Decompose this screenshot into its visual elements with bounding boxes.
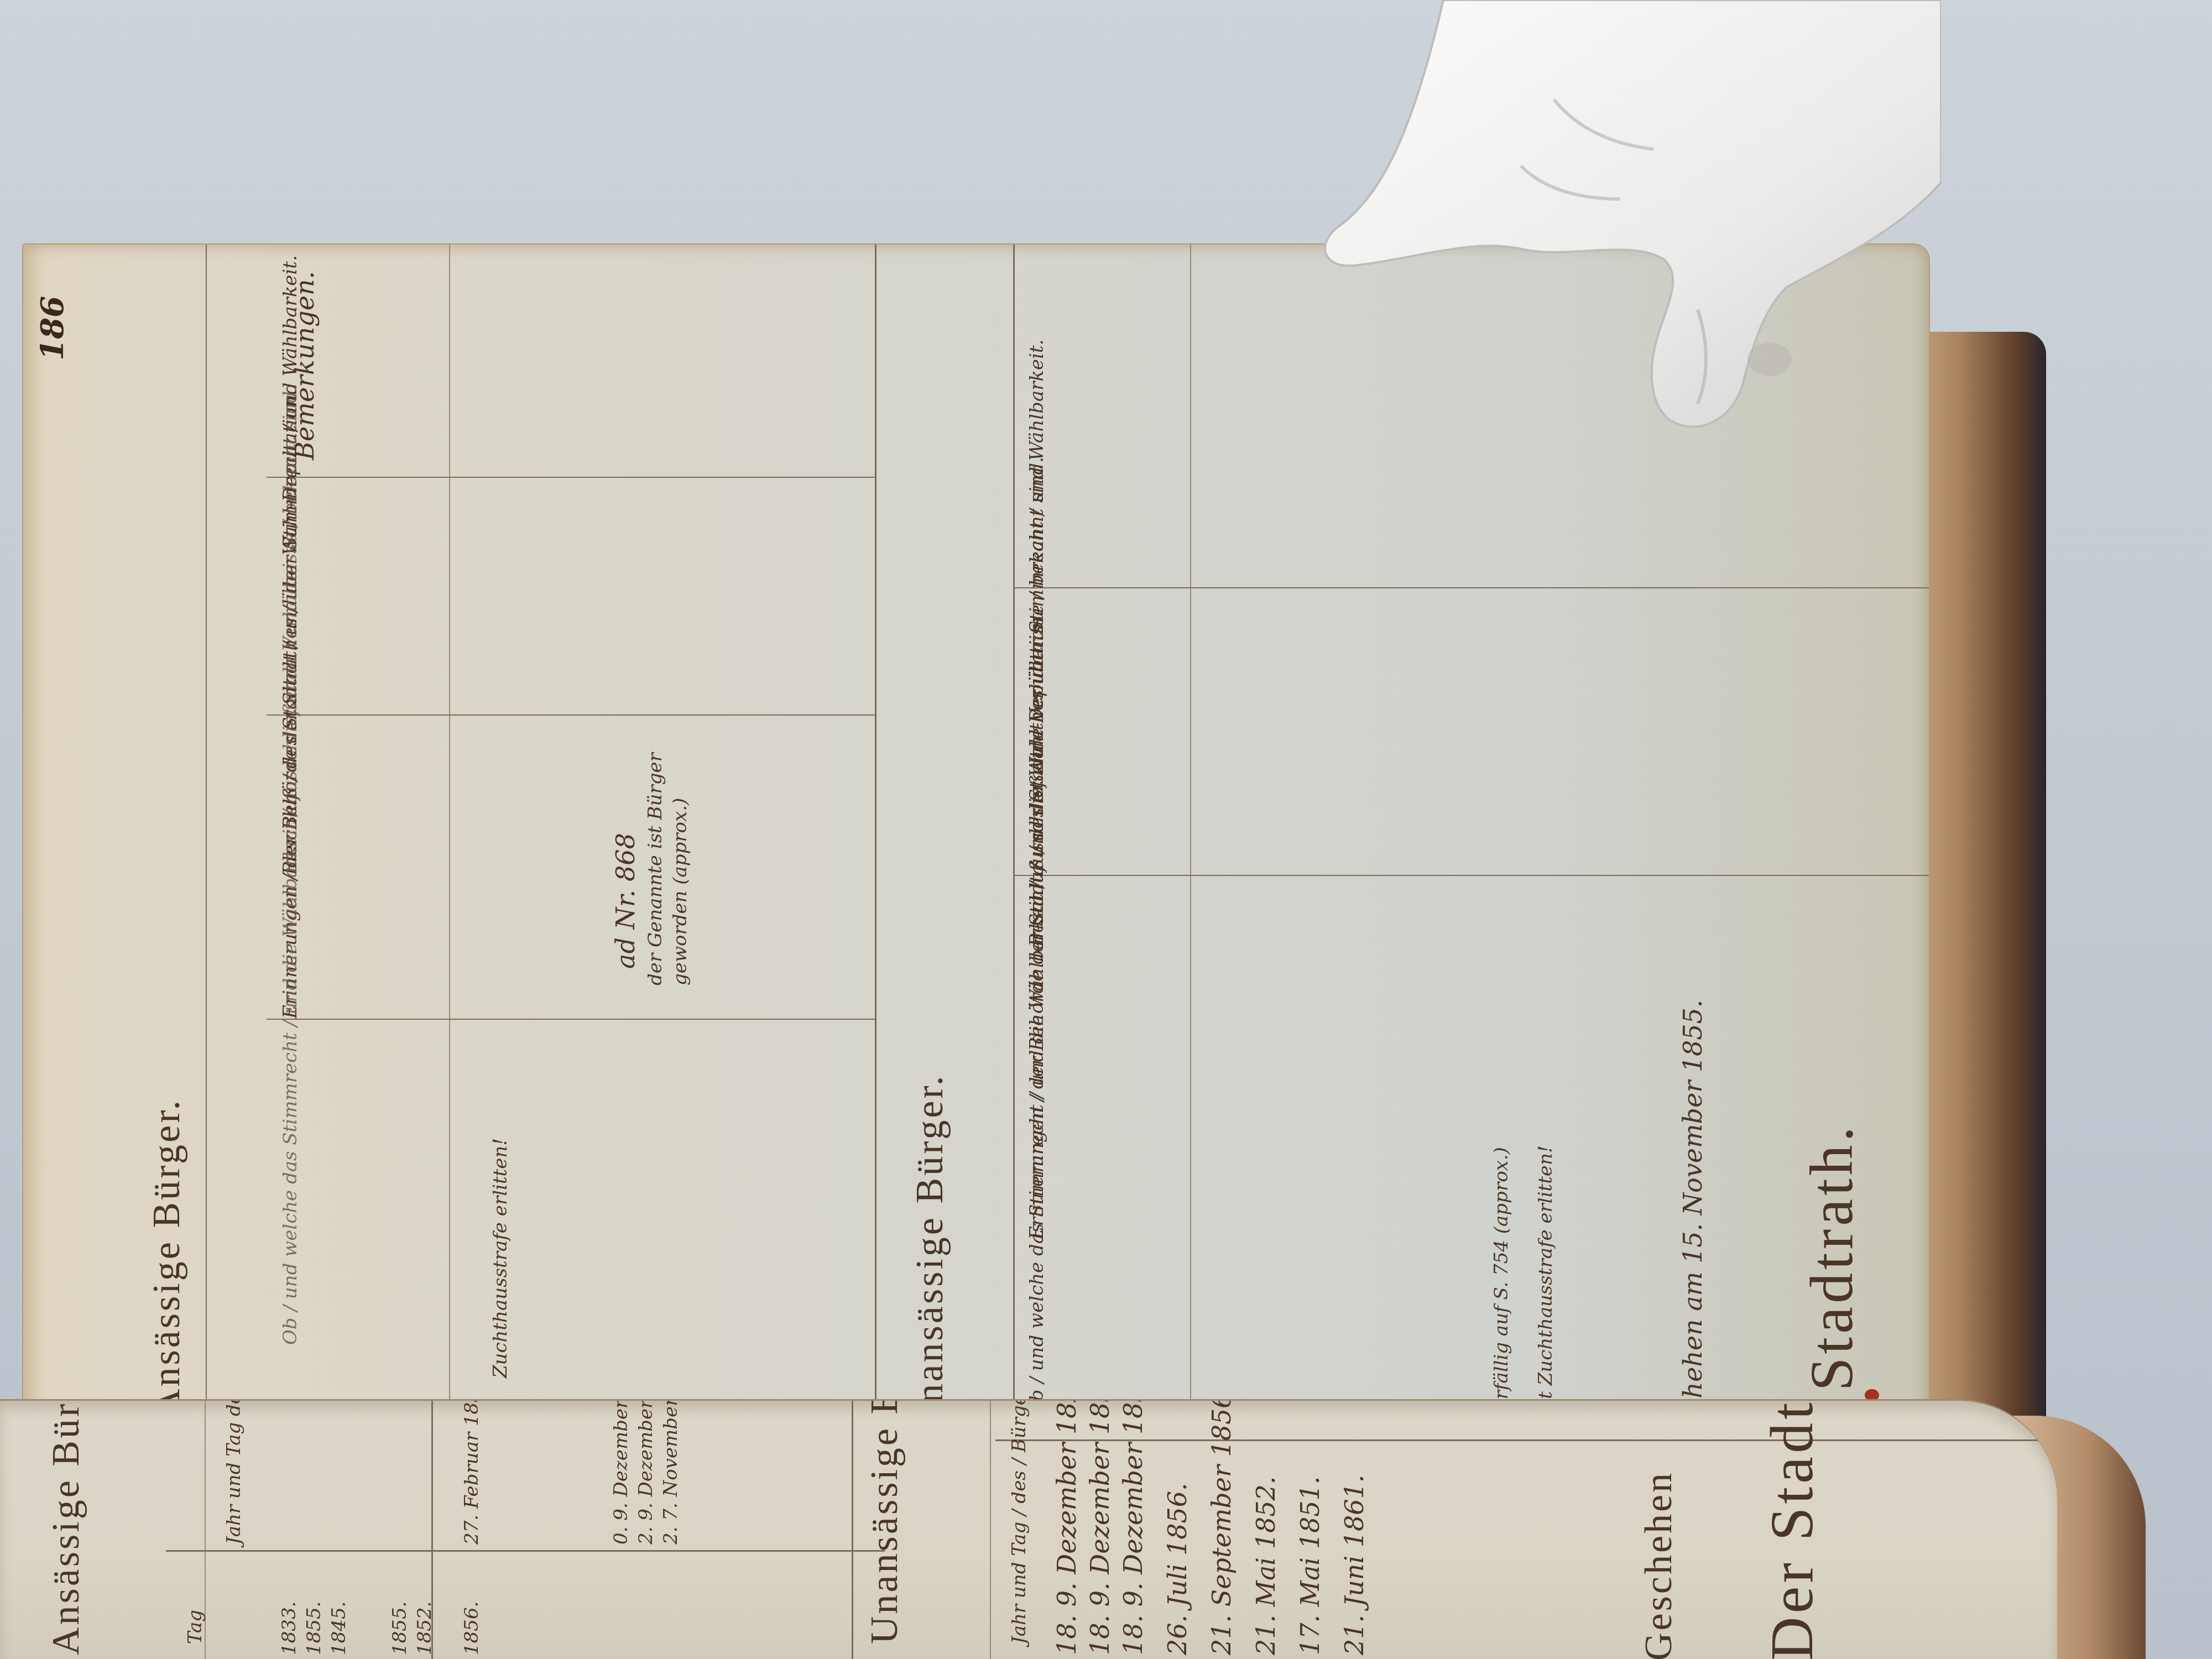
rule — [166, 1550, 885, 1552]
page-number: 186 — [34, 296, 71, 361]
year-cell: 1855. — [387, 1601, 413, 1655]
rule — [1190, 244, 1191, 1421]
column-header-bemerkungen: Bemerkungen. — [289, 271, 321, 460]
rule — [852, 1401, 853, 1659]
rule — [267, 1019, 875, 1020]
rule — [1013, 875, 1930, 876]
date-cell: 21. Juni 1861. — [1338, 1475, 1370, 1656]
date-cell: 2. 9. Dezember 1856 — [633, 1399, 659, 1545]
rule — [1013, 244, 1015, 1421]
year-cell: 1856. — [459, 1601, 484, 1655]
date-cell: 21. September 1856. — [1206, 1399, 1238, 1655]
entry-ad-nr-detail: der Genannte ist Bürger — [643, 753, 668, 985]
signature-stadtrath: Der Stadtrath. — [1798, 1123, 1865, 1421]
col-label-tag: Tag — [182, 1610, 208, 1644]
date-cell: 0. 9. Dezember 1852 — [608, 1399, 634, 1545]
entry-verfaellig: Verfällig auf S. 754 (approx.) — [1489, 1147, 1514, 1421]
col-label-jahr: Jahr und Tag der Bürgeraufnahme (approx.… — [221, 1399, 247, 1545]
closing-word-continuation: Geschehen — [1637, 1471, 1681, 1659]
rule — [1013, 587, 1930, 588]
rule — [267, 477, 875, 478]
year-cell: 1845. — [326, 1601, 352, 1655]
year-cell: 1833. — [276, 1601, 302, 1655]
facing-heading: Ansässige Bürger — [44, 1399, 88, 1655]
date-cell: 17. Mai 1851. — [1294, 1477, 1326, 1655]
date-cell: 26. Juli 1856. — [1161, 1483, 1193, 1655]
year-cell: 1852. — [412, 1601, 437, 1655]
date-cell: 18. 9. Dezember 1854. — [1117, 1399, 1149, 1655]
date-cell: 21. Mai 1852. — [1250, 1477, 1282, 1655]
rule — [267, 714, 875, 716]
facing-page: Ansässige Bürger Unansässige Bürger Tag … — [0, 1399, 2057, 1659]
entry-ad-nr-detail-2: geworden (approx.) — [667, 798, 693, 985]
rule — [449, 244, 450, 1421]
section-heading: Unansässige Bürger. — [908, 1074, 952, 1421]
closing-date-line: Geschehen am 15. November 1855. — [1677, 1000, 1709, 1421]
col-label-date: Jahr und Tag / des / Bürgereides. — [1006, 1399, 1032, 1644]
rule — [990, 1401, 991, 1659]
rule-section-divider — [875, 244, 877, 1421]
date-cell: 27. Februar 1858 — [459, 1399, 484, 1545]
rule — [995, 1439, 2046, 1441]
year-cell: 1855. — [301, 1601, 327, 1655]
entry-ad-nr: ad Nr. 868 — [609, 833, 641, 969]
column-header-ausschliessende-verhaeltnisse: Ob / und welche das Stimmrecht / und die… — [278, 385, 303, 1345]
entry-zuchthausstrafe: Zuchthausstrafe erlitten! — [488, 1138, 513, 1378]
entry-zuchthausstrafe: hat Zuchthausstrafe erlitten! — [1533, 1145, 1558, 1421]
date-cell: 2. 7. November 1858 — [658, 1399, 684, 1545]
signature-continuation: Der Stadtrath — [1759, 1399, 1825, 1659]
ledger-page: 186 Beschluß / des Stadtrathes / über St… — [22, 243, 1930, 1421]
date-cell: 18. 9. Dezember 1826. — [1051, 1399, 1083, 1655]
date-cell: 18. 9. Dezember 1854. — [1084, 1399, 1116, 1655]
facing-heading: Unansässige Bürger — [863, 1399, 907, 1644]
column-header-ausschliessende-verhaeltnisse: Ob / und welche das Stimmrecht / und die… — [1024, 457, 1050, 1417]
section-heading: Ansässige Bürger. — [145, 1098, 189, 1417]
rule — [206, 244, 207, 1421]
